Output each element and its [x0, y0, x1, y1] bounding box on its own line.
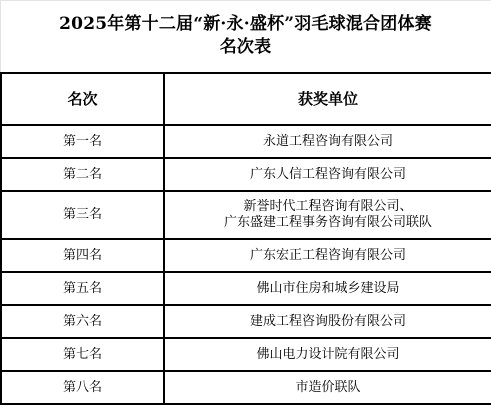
- table-row: 第七名 佛山电力设计院有限公司: [1, 338, 491, 371]
- unit-cell: 建成工程咨询股份有限公司: [164, 305, 491, 338]
- table-row: 第八名 市造价联队: [1, 371, 491, 404]
- unit-name: 建成工程咨询股份有限公司: [165, 314, 491, 330]
- unit-name: 佛山市住房和城乡建设局: [165, 281, 491, 297]
- rank-cell: 第三名: [1, 191, 164, 239]
- document-title: 2025年第十二届“新·永·盛杯”羽毛球混合团体赛 名次表: [0, 13, 491, 59]
- unit-cell: 佛山电力设计院有限公司: [164, 338, 491, 371]
- header-unit: 获奖单位: [164, 73, 491, 125]
- table-row: 第二名 广东人信工程咨询有限公司: [1, 158, 491, 191]
- rankings-table: 名次 获奖单位 第一名 永道工程咨询有限公司 第二名 广东人信工程咨询有限公司 …: [0, 72, 491, 405]
- unit-name: 市造价联队: [165, 380, 491, 396]
- unit-cell: 新誉时代工程咨询有限公司、 广东盛建工程事务咨询有限公司联队: [164, 191, 491, 239]
- rank-cell: 第一名: [1, 125, 164, 158]
- unit-cell: 永道工程咨询有限公司: [164, 125, 491, 158]
- rank-cell: 第六名: [1, 305, 164, 338]
- table-header-row: 名次 获奖单位: [1, 73, 491, 125]
- table-row: 第五名 佛山市住房和城乡建设局: [1, 272, 491, 305]
- header-rank: 名次: [1, 73, 164, 125]
- title-line-1: 2025年第十二届“新·永·盛杯”羽毛球混合团体赛: [0, 13, 491, 36]
- unit-cell: 市造价联队: [164, 371, 491, 404]
- unit-name: 广东人信工程咨询有限公司: [165, 167, 491, 183]
- rank-cell: 第二名: [1, 158, 164, 191]
- title-line-2: 名次表: [0, 36, 491, 59]
- unit-cell: 广东宏正工程咨询有限公司: [164, 239, 491, 272]
- rank-cell: 第八名: [1, 371, 164, 404]
- table-row: 第四名 广东宏正工程咨询有限公司: [1, 239, 491, 272]
- unit-name: 永道工程咨询有限公司: [165, 134, 491, 150]
- table-row: 第一名 永道工程咨询有限公司: [1, 125, 491, 158]
- unit-name-line-2: 广东盛建工程事务咨询有限公司联队: [165, 215, 491, 231]
- unit-name: 广东宏正工程咨询有限公司: [165, 248, 491, 264]
- unit-name: 佛山电力设计院有限公司: [165, 347, 491, 363]
- table-row: 第三名 新誉时代工程咨询有限公司、 广东盛建工程事务咨询有限公司联队: [1, 191, 491, 239]
- table-row: 第六名 建成工程咨询股份有限公司: [1, 305, 491, 338]
- rank-cell: 第四名: [1, 239, 164, 272]
- rank-cell: 第七名: [1, 338, 164, 371]
- unit-name-line-1: 新誉时代工程咨询有限公司、: [165, 199, 491, 215]
- unit-cell: 佛山市住房和城乡建设局: [164, 272, 491, 305]
- rank-cell: 第五名: [1, 272, 164, 305]
- unit-cell: 广东人信工程咨询有限公司: [164, 158, 491, 191]
